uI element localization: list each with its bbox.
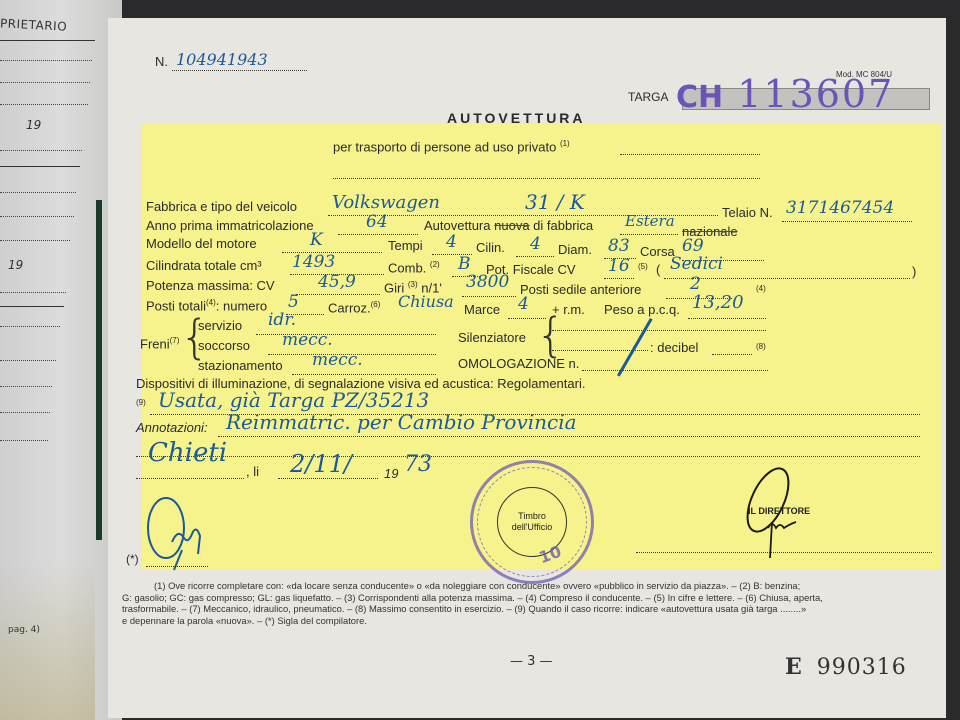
car-label: Autovettura nuova di fabbrica: [424, 218, 593, 233]
engine-model-label: Modello del motore: [146, 236, 257, 251]
year-prefix: 19: [8, 258, 23, 272]
year-prefix: 19: [384, 466, 398, 481]
bore-label: Diam.: [558, 242, 592, 257]
gears-label: Marce: [464, 302, 500, 317]
brake-parking-label: stazionamento: [198, 358, 283, 373]
fiscal-hp-value: 16: [608, 256, 630, 276]
dotted-line: [146, 566, 208, 567]
dotted-line: [278, 478, 378, 479]
footnote-ref: (2): [430, 260, 440, 269]
cylinders-label: Cilin.: [476, 240, 505, 255]
usage-text: per trasporto di persone ad uso privato: [333, 139, 556, 154]
number-label: numero: [223, 298, 267, 313]
dotted-line: [292, 374, 436, 375]
paper-stain: [0, 560, 95, 720]
dotted-line: [712, 354, 752, 355]
manufacturer-value: Volkswagen: [332, 192, 440, 213]
office-stamp: Timbro dell'Ufficio 10: [470, 460, 594, 584]
date-value: 2/11/: [290, 450, 352, 478]
brake-parking-value: mecc.: [312, 350, 363, 370]
chassis-value: 3171467454: [786, 198, 894, 218]
strokes-label: Tempi: [388, 238, 423, 253]
brake-emergency-value: mecc.: [282, 330, 333, 350]
body-label: Carroz.(6): [328, 300, 380, 315]
footnote-line: e depennare la parola «nuova». – (*) Sig…: [122, 615, 942, 627]
used-plate-value: Usata, già Targa PZ/35213: [158, 388, 429, 412]
footnotes: (1) Ove ricorre completare con: «da loca…: [122, 580, 942, 626]
dotted-line: [333, 178, 760, 179]
footnote-ref: (4): [756, 284, 766, 293]
footnote-ref: (1): [560, 139, 570, 148]
dotted-line: [620, 234, 678, 235]
cylinders-value: 4: [530, 234, 541, 254]
year-value: 73: [404, 452, 432, 477]
dotted-line: [688, 318, 766, 319]
car-label-text: Autovettura: [424, 218, 491, 233]
fuel-label-text: Comb.: [388, 260, 426, 275]
left-page-footer-ref: pag. 4): [8, 625, 40, 635]
plate-label: TARGA: [628, 90, 668, 104]
engine-model-value: K: [310, 230, 323, 250]
dotted-line: [620, 154, 760, 155]
weight-value: 13,20: [692, 292, 744, 313]
dotted-line: [636, 552, 932, 553]
document-number: 104941943: [176, 50, 268, 69]
brake-emergency-label: soccorso: [198, 338, 250, 353]
rule: [0, 306, 64, 307]
total-seats-value: 5: [288, 292, 299, 312]
booklet-spine: [96, 200, 102, 540]
paren-open: (: [656, 262, 660, 277]
rule: [0, 216, 74, 217]
rule: [0, 386, 52, 387]
displacement-value: 1493: [292, 252, 335, 272]
brake-service-label: servizio: [198, 318, 242, 333]
fiscal-words-value: Sedici: [670, 254, 723, 274]
dotted-line: [462, 296, 516, 297]
rule: [0, 412, 50, 413]
rpm-value: 3800: [466, 272, 509, 292]
left-page-header: PRIETARIO: [0, 16, 67, 33]
brace: {: [536, 312, 565, 358]
struck-word-new: nuova: [494, 218, 529, 233]
compiler-signature: [142, 492, 222, 572]
rule: [0, 60, 92, 61]
footnote-ref: (9): [136, 398, 146, 407]
date-separator: , li: [246, 464, 259, 479]
dotted-line: [338, 234, 418, 235]
gears-value: 4: [518, 294, 529, 314]
place-value: Chieti: [148, 438, 227, 468]
stamp-label: dell'Ufficio: [512, 522, 553, 533]
page-number: — 3 —: [510, 654, 553, 669]
rule: [0, 82, 90, 83]
serial-number: E990316: [785, 654, 907, 680]
dotted-line: [604, 278, 634, 279]
rule: [0, 166, 80, 167]
factory-label: di fabbrica: [533, 218, 593, 233]
bore-value: 83: [608, 236, 630, 256]
dotted-line: [516, 256, 554, 257]
rule: [0, 192, 76, 193]
rule: [0, 150, 82, 151]
homologation-label: OMOLOGAZIONE n.: [458, 356, 579, 371]
first-registration-value: 64: [366, 212, 388, 232]
dotted-line: [782, 221, 912, 222]
rule: [0, 292, 66, 293]
compiler-mark: (*): [126, 552, 139, 566]
rule: [0, 326, 60, 327]
rule: [0, 104, 88, 105]
serial-digits: 990316: [817, 655, 907, 680]
plate-province: CH: [676, 80, 723, 115]
first-registration-label: Anno prima immatricolazione: [146, 218, 314, 233]
max-power-value: 45,9: [318, 272, 356, 292]
manufacturer-label: Fabbrica e tipo del veicolo: [146, 199, 297, 214]
footnote-ref: (5): [638, 262, 648, 271]
silencer-label: Silenziatore: [458, 330, 526, 345]
front-seats-label: Posti sedile anteriore: [520, 282, 641, 297]
rule: [0, 360, 56, 361]
model-code: Mod. MC 804/U: [836, 70, 892, 79]
usage-line: per trasporto di persone ad uso privato …: [333, 139, 570, 154]
footnote-ref: (3): [408, 280, 418, 289]
footnote-line: G: gasolio; GC: gas compresso; GL: gas l…: [122, 592, 942, 604]
paren-close: ): [912, 264, 916, 279]
chassis-label: Telaio N.: [722, 205, 773, 220]
rule: [0, 240, 70, 241]
dotted-line: [218, 436, 920, 437]
type-value: 31 / K: [525, 190, 585, 214]
fuel-value: B: [458, 254, 471, 274]
weight-label: Peso a p.c.q.: [604, 302, 680, 317]
dotted-line: [172, 70, 307, 71]
fuel-label: Comb. (2): [388, 260, 440, 275]
year-prefix: 19: [26, 118, 41, 132]
dotted-line: [582, 370, 768, 371]
footnote-ref: (8): [756, 342, 766, 351]
footnote-line: (1) Ove ricorre completare con: «da loca…: [122, 580, 942, 592]
brakes-label-text: Freni: [140, 336, 170, 351]
annotations-value: Reimmatric. per Cambio Provincia: [226, 410, 577, 434]
annotations-label: Annotazioni:: [136, 420, 208, 435]
footnote-ref: (4): [206, 298, 216, 307]
body-label-text: Carroz.: [328, 300, 371, 315]
stamp-label: Timbro: [518, 511, 546, 522]
decibel-label: : decibel: [650, 340, 698, 355]
footnote-ref: (6): [371, 300, 381, 309]
stroke-value: 69: [682, 236, 704, 256]
rule: [0, 40, 95, 41]
footnote-ref: (7): [170, 336, 180, 345]
brake-service-value: idr.: [268, 310, 296, 330]
number-label: N.: [155, 54, 168, 69]
rule: [0, 440, 48, 441]
displacement-label: Cilindrata totale cm³: [146, 258, 262, 273]
front-seats-value: 2: [690, 274, 701, 294]
max-power-label: Potenza massima: CV: [146, 278, 275, 293]
serial-letter: E: [785, 654, 803, 680]
brakes-label: Freni(7): [140, 336, 179, 351]
dotted-line: [136, 456, 920, 457]
left-page: PRIETARIO 19 19 pag. 4): [0, 0, 122, 720]
body-value: Chiusa: [398, 292, 454, 311]
factory-value: Estera: [625, 212, 675, 230]
dotted-line: [552, 330, 766, 331]
director-label: IL DIRETTORE: [748, 506, 810, 516]
strokes-value: 4: [446, 232, 457, 252]
dotted-line: [136, 478, 244, 479]
footnote-line: trasformabile. – (7) Meccanico, idraulic…: [122, 603, 942, 615]
dotted-line: [296, 294, 380, 295]
